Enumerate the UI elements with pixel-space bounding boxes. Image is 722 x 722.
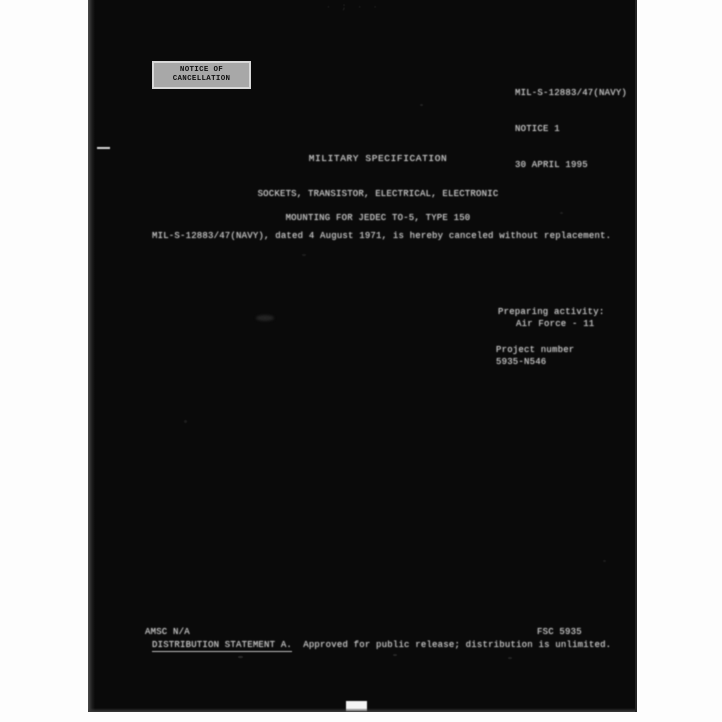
document-type-heading: MILITARY SPECIFICATION <box>148 153 608 165</box>
distribution-statement-title: DISTRIBUTION STATEMENT A. <box>152 640 292 652</box>
scan-speck <box>508 657 512 659</box>
scanned-document-canvas: · ; · · NOTICE OF CANCELLATION MIL-S-128… <box>0 0 722 722</box>
scan-artifact-smudge <box>256 315 274 321</box>
notice-number: NOTICE 1 <box>515 123 627 135</box>
scan-speck <box>238 656 243 658</box>
preparing-activity-value: Air Force - 11 <box>516 318 594 330</box>
document-page: · ; · · NOTICE OF CANCELLATION MIL-S-128… <box>88 0 637 712</box>
scan-speck <box>420 104 423 106</box>
stamp-line-2: CANCELLATION <box>173 75 231 84</box>
preparing-activity-label: Preparing activity: <box>498 306 604 318</box>
scan-speck <box>184 420 187 423</box>
scan-artifact-top-marks: · ; · · <box>326 2 381 14</box>
amsc-code: AMSC N/A <box>145 626 190 638</box>
fsc-code: FSC 5935 <box>537 626 582 638</box>
project-number-value: 5935-N546 <box>496 356 546 368</box>
distribution-statement: DISTRIBUTION STATEMENT A. Approved for p… <box>152 639 611 651</box>
title-subject-line-2: MOUNTING FOR JEDEC TO-5, TYPE 150 <box>148 212 608 224</box>
title-subject-line-1: SOCKETS, TRANSISTOR, ELECTRICAL, ELECTRO… <box>148 188 608 200</box>
scan-artifact-margin-dash <box>97 147 110 149</box>
scan-speck <box>393 654 397 656</box>
scan-speck <box>603 560 606 562</box>
spec-number: MIL-S-12883/47(NAVY) <box>515 87 627 99</box>
scan-speck <box>302 254 306 256</box>
cancellation-statement: MIL-S-12883/47(NAVY), dated 4 August 197… <box>152 230 642 242</box>
distribution-statement-text: Approved for public release; distributio… <box>303 640 611 650</box>
cancellation-stamp: NOTICE OF CANCELLATION <box>152 61 251 89</box>
scan-speck <box>560 212 563 214</box>
scan-artifact-bottom-notch <box>346 701 367 712</box>
title-block: MILITARY SPECIFICATION SOCKETS, TRANSIST… <box>148 141 608 236</box>
project-number-label: Project number <box>496 344 574 356</box>
stamp-line-1: NOTICE OF <box>180 66 223 75</box>
